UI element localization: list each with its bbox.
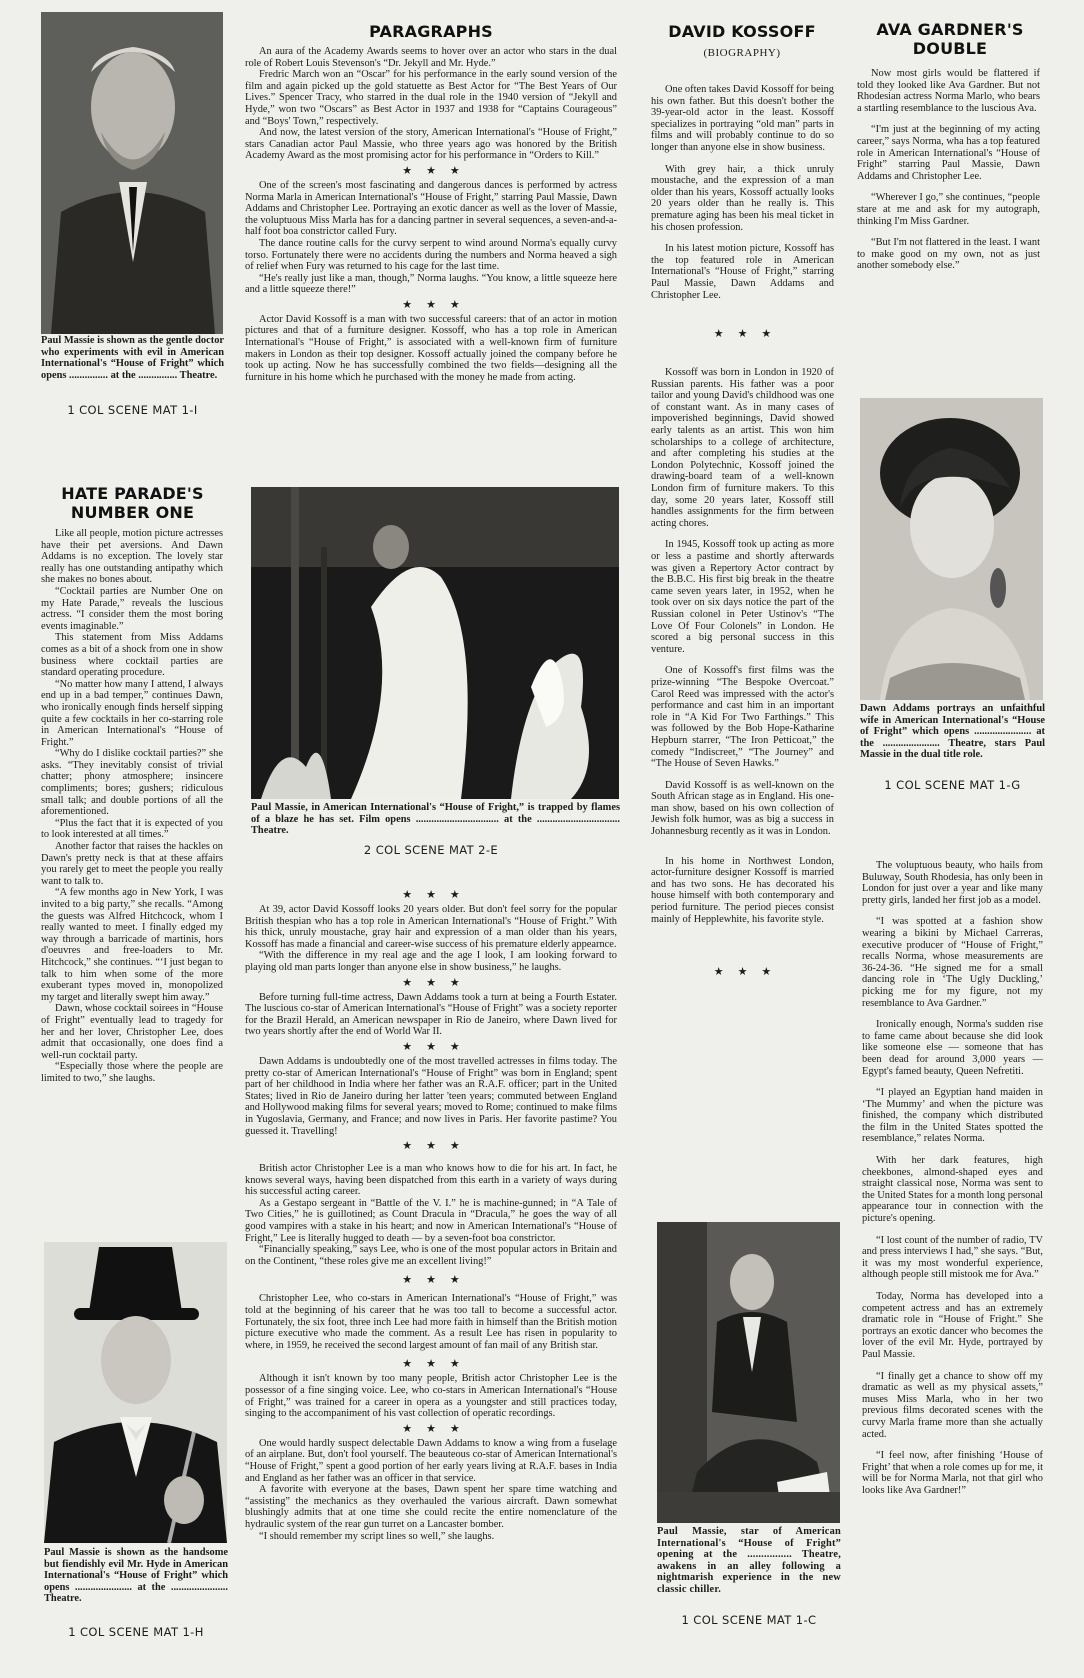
photo-caption-alley: Paul Massie, star of American Internatio… bbox=[657, 1526, 841, 1596]
article-title-line-2: DOUBLE bbox=[858, 39, 1042, 58]
paragraph: An aura of the Academy Awards seems to h… bbox=[245, 46, 617, 69]
paragraph: As a Gestapo sergeant in “Battle of the … bbox=[245, 1198, 617, 1244]
paragraph: “But I'm not flattered in the least. I w… bbox=[857, 237, 1040, 272]
section-divider-stars: ★★★ bbox=[665, 327, 834, 341]
section-divider-stars: ★★★ bbox=[259, 1273, 617, 1287]
paragraph: David Kossoff is as well-known on the So… bbox=[651, 780, 834, 838]
article-title-ava-gardners-double: AVA GARDNER'S DOUBLE bbox=[858, 20, 1042, 58]
photo-caption-dawn-addams: Dawn Addams portrays an unfaithful wife … bbox=[860, 703, 1045, 761]
article-body-paragraphs: An aura of the Academy Awards seems to h… bbox=[245, 46, 617, 383]
portrait-man-top-hat-icon bbox=[44, 1242, 227, 1543]
photo-dawn-addams-portrait bbox=[860, 398, 1043, 700]
paragraph: One often takes David Kossoff for being … bbox=[651, 84, 834, 154]
portrait-bearded-man-icon bbox=[41, 12, 223, 334]
photo-bearded-doctor bbox=[41, 12, 223, 334]
paragraph: This statement from Miss Addams comes as… bbox=[41, 632, 223, 678]
section-divider-stars: ★★★ bbox=[259, 888, 617, 902]
paragraph: And now, the latest version of the story… bbox=[245, 127, 617, 162]
scene-mat-label-1c: 1 COL SCENE MAT 1-C bbox=[657, 1613, 841, 1627]
scene-mat-label-1i: 1 COL SCENE MAT 1-I bbox=[41, 403, 224, 417]
paragraph: At 39, actor David Kossoff looks 20 year… bbox=[245, 904, 617, 950]
section-divider-stars: ★★★ bbox=[259, 164, 617, 178]
paragraph: “I lost count of the number of radio, TV… bbox=[862, 1235, 1043, 1281]
photo-caption-gentle-doctor: Paul Massie is shown as the gentle docto… bbox=[41, 335, 224, 381]
paragraph: A favorite with everyone at the bases, D… bbox=[245, 1484, 617, 1530]
article-body-ava-double-continued: The voluptuous beauty, who hails from Bu… bbox=[862, 860, 1043, 1497]
paragraph: “I feel now, after finishing ‘House of F… bbox=[862, 1450, 1043, 1496]
article-body-paragraphs-continued: ★★★ At 39, actor David Kossoff looks 20 … bbox=[245, 886, 617, 1542]
paragraph: Now most girls would be flattered if tol… bbox=[857, 68, 1040, 114]
paragraph: With grey hair, a thick unruly moustache… bbox=[651, 164, 834, 234]
article-title-line-2: NUMBER ONE bbox=[41, 503, 224, 522]
paragraph: “I should remember my script lines so we… bbox=[245, 1531, 617, 1543]
article-title-paragraphs: PARAGRAPHS bbox=[245, 22, 617, 41]
paragraph: “I'm just at the beginning of my acting … bbox=[857, 124, 1040, 182]
scene-mat-label-2e: 2 COL SCENE MAT 2-E bbox=[245, 843, 617, 857]
paragraph: British actor Christopher Lee is a man w… bbox=[245, 1163, 617, 1198]
paragraph: “I was spotted at a fashion show wearing… bbox=[862, 916, 1043, 1009]
paragraph: Before turning full-time actress, Dawn A… bbox=[245, 992, 617, 1038]
paragraph: “Cocktail parties are Number One on my H… bbox=[41, 586, 223, 632]
paragraph: “Wherever I go,” she continues, “people … bbox=[857, 192, 1040, 227]
paragraph: “Especially those where the people are l… bbox=[41, 1061, 223, 1084]
article-body-kossoff: One often takes David Kossoff for being … bbox=[651, 84, 834, 979]
scene-mat-label-1h: 1 COL SCENE MAT 1-H bbox=[44, 1625, 228, 1639]
paragraph: “A few months ago in New York, I was inv… bbox=[41, 887, 223, 1003]
paragraph: In 1945, Kossoff took up acting as more … bbox=[651, 539, 834, 655]
paragraph: One of the screen's most fascinating and… bbox=[245, 180, 617, 238]
photo-man-in-alley bbox=[657, 1222, 840, 1523]
paragraph: With her dark features, high cheekbones,… bbox=[862, 1155, 1043, 1225]
photo-mr-hyde-top-hat bbox=[44, 1242, 227, 1543]
paragraph: “Why do I dislike cocktail parties?” she… bbox=[41, 748, 223, 818]
paragraph: Like all people, motion picture actresse… bbox=[41, 528, 223, 586]
article-title-hate-parade: HATE PARADE'S NUMBER ONE bbox=[41, 484, 224, 522]
paragraph: “I finally get a chance to show off my d… bbox=[862, 1371, 1043, 1441]
scene-man-in-flames-icon bbox=[251, 487, 619, 799]
section-divider-stars: ★★★ bbox=[259, 976, 617, 990]
paragraph: “Plus the fact that it is expected of yo… bbox=[41, 818, 223, 841]
article-body-hate-parade: Like all people, motion picture actresse… bbox=[41, 528, 223, 1085]
paragraph: The voluptuous beauty, who hails from Bu… bbox=[862, 860, 1043, 906]
paragraph: The dance routine calls for the curvy se… bbox=[245, 238, 617, 273]
paragraph: One of Kossoff's first films was the pri… bbox=[651, 665, 834, 769]
paragraph: Today, Norma has developed into a compet… bbox=[862, 1291, 1043, 1361]
paragraph: “He's really just like a man, though,” N… bbox=[245, 273, 617, 296]
paragraph: In his home in Northwest London, actor-f… bbox=[651, 856, 834, 926]
paragraph: “I played an Egyptian hand maiden in ‘Th… bbox=[862, 1087, 1043, 1145]
section-divider-stars: ★★★ bbox=[665, 965, 834, 979]
article-title-line-1: AVA GARDNER'S bbox=[858, 20, 1042, 39]
paragraph: Dawn, whose cocktail soirees in “House o… bbox=[41, 1003, 223, 1061]
section-divider-stars: ★★★ bbox=[259, 1422, 617, 1436]
paragraph: Another factor that raises the hackles o… bbox=[41, 841, 223, 887]
scene-mat-label-1g: 1 COL SCENE MAT 1-G bbox=[860, 778, 1045, 792]
paragraph: Christopher Lee, who co-stars in America… bbox=[245, 1293, 617, 1351]
article-body-ava-double: Now most girls would be flattered if tol… bbox=[857, 68, 1040, 272]
photo-caption-flames: Paul Massie, in American International's… bbox=[251, 802, 620, 837]
paragraph: “With the difference in my real age and … bbox=[245, 950, 617, 973]
paragraph: Actor David Kossoff is a man with two su… bbox=[245, 314, 617, 384]
photo-caption-mr-hyde: Paul Massie is shown as the handsome but… bbox=[44, 1547, 228, 1605]
article-title-david-kossoff: DAVID KOSSOFF bbox=[650, 22, 834, 41]
paragraph: Dawn Addams is undoubtedly one of the mo… bbox=[245, 1056, 617, 1137]
paragraph: “Financially speaking,” says Lee, who is… bbox=[245, 1244, 617, 1267]
scene-man-sitting-alley-icon bbox=[657, 1222, 840, 1523]
paragraph: “No matter how many I attend, I always e… bbox=[41, 679, 223, 749]
article-title-line-1: HATE PARADE'S bbox=[41, 484, 224, 503]
paragraph: Although it isn't known by too many peop… bbox=[245, 1373, 617, 1419]
section-divider-stars: ★★★ bbox=[259, 298, 617, 312]
article-subtitle-biography: (BIOGRAPHY) bbox=[650, 47, 834, 59]
photo-flames-blaze bbox=[251, 487, 619, 799]
paragraph: One would hardly suspect delectable Dawn… bbox=[245, 1438, 617, 1484]
paragraph: Fredric March won an “Oscar” for his per… bbox=[245, 69, 617, 127]
section-divider-stars: ★★★ bbox=[259, 1040, 617, 1054]
portrait-woman-earrings-icon bbox=[860, 398, 1043, 700]
paragraph: Ironically enough, Norma's sudden rise t… bbox=[862, 1019, 1043, 1077]
section-divider-stars: ★★★ bbox=[259, 1357, 617, 1371]
paragraph: In his latest motion picture, Kossoff ha… bbox=[651, 243, 834, 301]
section-divider-stars: ★★★ bbox=[259, 1139, 617, 1153]
paragraph: Kossoff was born in London in 1920 of Ru… bbox=[651, 367, 834, 529]
